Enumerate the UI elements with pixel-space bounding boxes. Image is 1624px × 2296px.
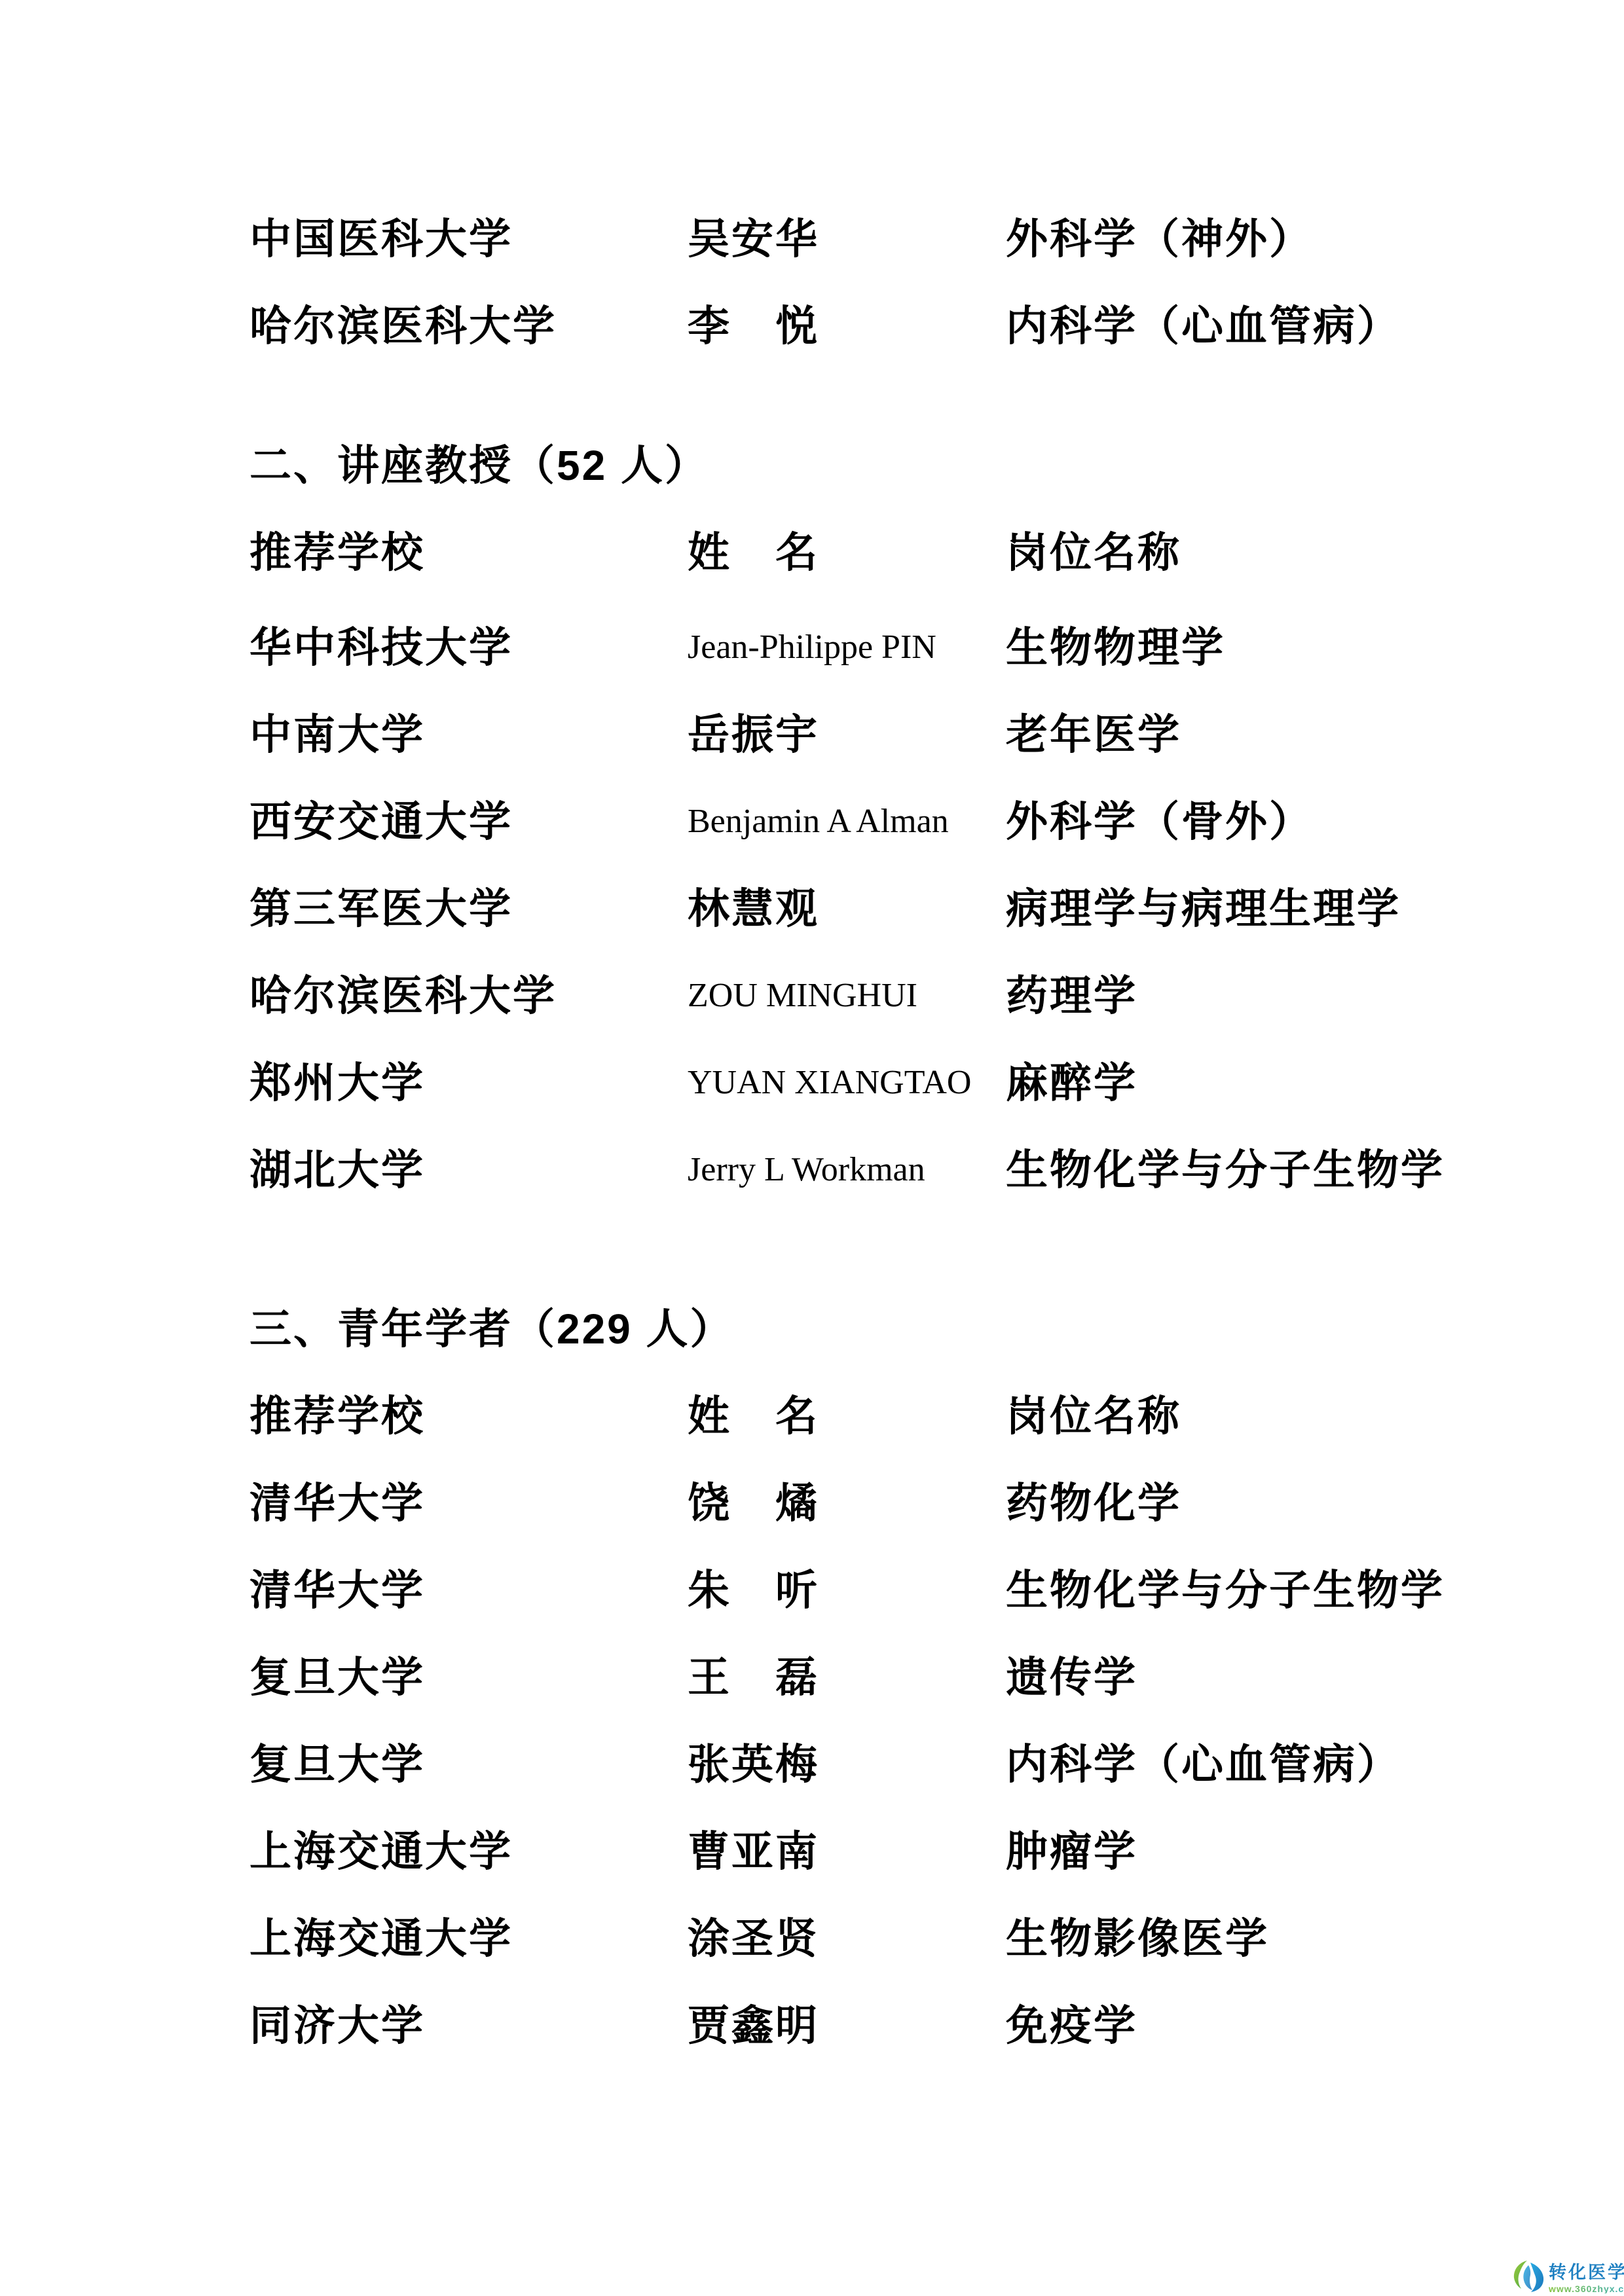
name-cell: ZOU MINGHUI xyxy=(688,979,1006,1013)
school-cell: 同济大学 xyxy=(249,2005,688,2047)
school-cell: 西安交通大学 xyxy=(249,801,688,843)
name-cell: 涂圣贤 xyxy=(688,1918,1006,1959)
table-row: 西安交通大学 Benjamin A Alman 外科学（骨外） xyxy=(249,778,1572,865)
position-cell: 药理学 xyxy=(1006,975,1572,1017)
section-lecture-professors: 二、讲座教授（52 人） 推荐学校 姓 名 岗位名称 华中科技大学 Jean-P… xyxy=(249,422,1572,1213)
column-header-position: 岗位名称 xyxy=(1006,1395,1572,1437)
table-row: 哈尔滨医科大学 ZOU MINGHUI 药理学 xyxy=(249,952,1572,1039)
school-cell: 上海交通大学 xyxy=(249,1918,688,1959)
school-cell: 复旦大学 xyxy=(249,1656,688,1698)
name-cell: 曹亚南 xyxy=(688,1831,1006,1872)
school-cell: 上海交通大学 xyxy=(249,1831,688,1872)
position-cell: 生物化学与分子生物学 xyxy=(1006,1149,1572,1191)
position-cell: 肿瘤学 xyxy=(1006,1831,1572,1872)
watermark: 转化医学网 www.360zhyx.com xyxy=(1513,2260,1624,2293)
table-row: 清华大学 朱 听 生物化学与分子生物学 xyxy=(249,1546,1572,1633)
document-content: 中国医科大学 吴安华 外科学（神外） 哈尔滨医科大学 李 悦 内科学（心血管病）… xyxy=(249,195,1572,2069)
school-cell: 郑州大学 xyxy=(249,1062,688,1104)
school-cell: 第三军医大学 xyxy=(249,888,688,930)
document-page: 中国医科大学 吴安华 外科学（神外） 哈尔滨医科大学 李 悦 内科学（心血管病）… xyxy=(0,0,1624,2296)
position-cell: 生物化学与分子生物学 xyxy=(1006,1569,1572,1611)
school-cell: 哈尔滨医科大学 xyxy=(249,975,688,1017)
position-cell: 生物影像医学 xyxy=(1006,1918,1572,1959)
table-row: 中国医科大学 吴安华 外科学（神外） xyxy=(249,195,1572,282)
table-row: 上海交通大学 曹亚南 肿瘤学 xyxy=(249,1808,1572,1895)
watermark-site-url: www.360zhyx.com xyxy=(1549,2284,1624,2293)
name-cell: 饶 燏 xyxy=(688,1482,1006,1524)
position-cell: 生物物理学 xyxy=(1006,627,1572,668)
school-cell: 中国医科大学 xyxy=(249,218,688,260)
school-cell: 清华大学 xyxy=(249,1482,688,1524)
school-cell: 复旦大学 xyxy=(249,1743,688,1785)
school-cell: 清华大学 xyxy=(249,1569,688,1611)
table-row: 第三军医大学 林慧观 病理学与病理生理学 xyxy=(249,865,1572,952)
position-cell: 内科学（心血管病） xyxy=(1006,305,1572,347)
school-cell: 湖北大学 xyxy=(249,1149,688,1191)
name-cell: 王 磊 xyxy=(688,1656,1006,1698)
school-cell: 华中科技大学 xyxy=(249,627,688,668)
name-cell: Jean-Philippe PIN xyxy=(688,630,1006,665)
table-header-row: 推荐学校 姓 名 岗位名称 xyxy=(249,1372,1572,1459)
table-row: 上海交通大学 涂圣贤 生物影像医学 xyxy=(249,1895,1572,1982)
column-header-position: 岗位名称 xyxy=(1006,532,1572,574)
table-row: 湖北大学 Jerry L Workman 生物化学与分子生物学 xyxy=(249,1126,1572,1213)
school-cell: 中南大学 xyxy=(249,714,688,756)
column-header-name: 姓 名 xyxy=(688,532,1006,574)
section-title: 三、青年学者（229 人） xyxy=(249,1285,1572,1372)
table-row: 复旦大学 王 磊 遗传学 xyxy=(249,1633,1572,1721)
position-cell: 内科学（心血管病） xyxy=(1006,1743,1572,1785)
table-row: 同济大学 贾鑫明 免疫学 xyxy=(249,1982,1572,2069)
name-cell: 林慧观 xyxy=(688,888,1006,930)
table-row: 清华大学 饶 燏 药物化学 xyxy=(249,1459,1572,1546)
position-cell: 外科学（骨外） xyxy=(1006,801,1572,843)
name-cell: 岳振宇 xyxy=(688,714,1006,756)
previous-section-rows: 中国医科大学 吴安华 外科学（神外） 哈尔滨医科大学 李 悦 内科学（心血管病） xyxy=(249,195,1572,369)
position-cell: 药物化学 xyxy=(1006,1482,1572,1524)
name-cell: 吴安华 xyxy=(688,218,1006,260)
column-header-name: 姓 名 xyxy=(688,1395,1006,1437)
section-young-scholars: 三、青年学者（229 人） 推荐学校 姓 名 岗位名称 清华大学 饶 燏 药物化… xyxy=(249,1285,1572,2069)
leaf-swirl-logo-icon xyxy=(1513,2260,1545,2293)
name-cell: 李 悦 xyxy=(688,305,1006,347)
position-cell: 麻醉学 xyxy=(1006,1062,1572,1104)
column-header-school: 推荐学校 xyxy=(249,532,688,574)
table-row: 华中科技大学 Jean-Philippe PIN 生物物理学 xyxy=(249,604,1572,691)
watermark-text: 转化医学网 www.360zhyx.com xyxy=(1549,2260,1624,2293)
table-row: 复旦大学 张英梅 内科学（心血管病） xyxy=(249,1721,1572,1808)
position-cell: 病理学与病理生理学 xyxy=(1006,888,1572,930)
column-header-school: 推荐学校 xyxy=(249,1395,688,1437)
position-cell: 老年医学 xyxy=(1006,714,1572,756)
school-cell: 哈尔滨医科大学 xyxy=(249,305,688,347)
name-cell: 贾鑫明 xyxy=(688,2005,1006,2047)
section-title: 二、讲座教授（52 人） xyxy=(249,422,1572,509)
position-cell: 免疫学 xyxy=(1006,2005,1572,2047)
position-cell: 外科学（神外） xyxy=(1006,218,1572,260)
table-row: 郑州大学 YUAN XIANGTAO 麻醉学 xyxy=(249,1039,1572,1126)
table-header-row: 推荐学校 姓 名 岗位名称 xyxy=(249,509,1572,596)
table-row: 哈尔滨医科大学 李 悦 内科学（心血管病） xyxy=(249,282,1572,369)
name-cell: Benjamin A Alman xyxy=(688,805,1006,839)
name-cell: YUAN XIANGTAO xyxy=(688,1066,1006,1100)
name-cell: 朱 听 xyxy=(688,1569,1006,1611)
position-cell: 遗传学 xyxy=(1006,1656,1572,1698)
table-row: 中南大学 岳振宇 老年医学 xyxy=(249,691,1572,778)
watermark-site-name: 转化医学网 xyxy=(1549,2264,1624,2282)
section-rows: 华中科技大学 Jean-Philippe PIN 生物物理学 中南大学 岳振宇 … xyxy=(249,604,1572,1213)
section-rows: 清华大学 饶 燏 药物化学 清华大学 朱 听 生物化学与分子生物学 复旦大学 王… xyxy=(249,1459,1572,2069)
name-cell: 张英梅 xyxy=(688,1743,1006,1785)
name-cell: Jerry L Workman xyxy=(688,1153,1006,1187)
